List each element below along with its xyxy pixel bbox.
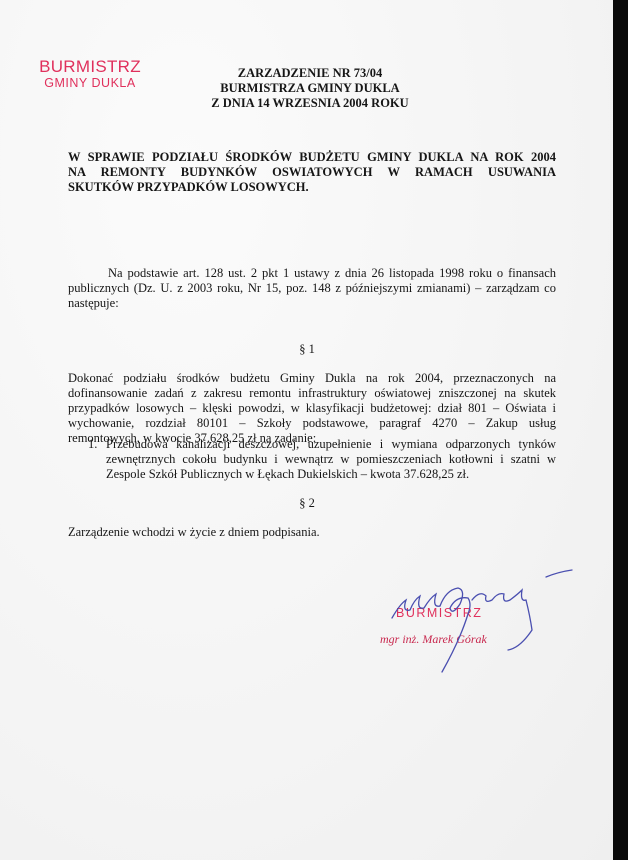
list-item: Przebudowa kanalizacji deszczowej, uzupe… [106,437,556,482]
header-line: Z DNIA 14 WRZESNIA 2004 ROKU [160,96,460,111]
list-item-line: zewnętrznych cokołu budynku i wewnątrz w… [106,452,556,467]
office-stamp: BURMISTRZ GMINY DUKLA [30,58,150,90]
section-1-text: Dokonać podziału środków budżetu Gminy D… [68,371,556,446]
section-2-text: Zarządzenie wchodzi w życie z dniem podp… [68,525,556,540]
subject-line: SKUTKÓW PRZYPADKÓW LOSOWYCH. [68,180,556,195]
subject-line: W SPRAWIE PODZIAŁU ŚRODKÓW BUDŻETU GMINY… [68,150,556,165]
list-item-line: Przebudowa kanalizacji deszczowej, uzupe… [106,437,556,452]
task-list: 1. Przebudowa kanalizacji deszczowej, uz… [88,437,556,482]
list-item-line: Zespole Szkół Publicznych w Łękach Dukie… [106,467,556,482]
section-1-line: dofinansowanie zadań z zakresu remontu i… [68,386,556,401]
section-1-line: wychowanie, rozdział 80101 – Szkoły pods… [68,416,556,431]
header-line: ZARZADZENIE NR 73/04 [160,66,460,81]
document-page: BURMISTRZ GMINY DUKLA ZARZADZENIE NR 73/… [0,0,613,860]
section-1-line: przypadków losowych – klęski powodzi, w … [68,401,556,416]
signature-block: BURMISTRZ mgr inż. Marek Górak [380,560,580,680]
stamp-title: BURMISTRZ [30,58,150,76]
document-header: ZARZADZENIE NR 73/04 BURMISTRZA GMINY DU… [160,66,460,111]
section-1-line: Dokonać podziału środków budżetu Gminy D… [68,371,556,386]
handwritten-signature-icon [380,560,580,680]
subject-line: NA REMONTY BUDYNKÓW OSWIATOWYCH W RAMACH… [68,165,556,180]
preamble-line: Na podstawie art. 128 ust. 2 pkt 1 ustaw… [68,266,556,281]
section-1-mark: § 1 [267,342,347,357]
document-subject: W SPRAWIE PODZIAŁU ŚRODKÓW BUDŻETU GMINY… [68,150,556,195]
list-item-number: 1. [88,437,97,452]
section-2-mark: § 2 [267,496,347,511]
preamble: Na podstawie art. 128 ust. 2 pkt 1 ustaw… [68,266,556,311]
header-line: BURMISTRZA GMINY DUKLA [160,81,460,96]
stamp-subtitle: GMINY DUKLA [30,76,150,90]
preamble-line: następuje: [68,296,556,311]
scan-edge [613,0,628,860]
preamble-line: publicznych (Dz. U. z 2003 roku, Nr 15, … [68,281,556,296]
